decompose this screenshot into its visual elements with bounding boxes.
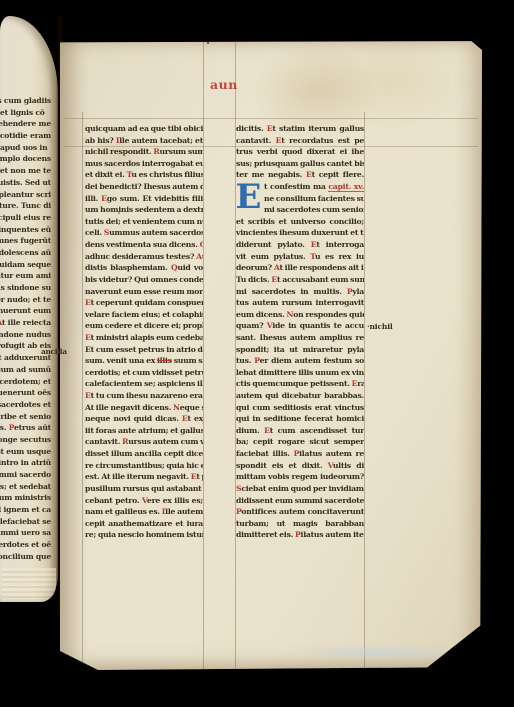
text-segment: omnes fugerūt. xyxy=(0,236,51,245)
text-segment: mi sacerdotes in multis. xyxy=(236,287,347,296)
text-line: adhuc desideramus testes? Au xyxy=(85,251,203,263)
text-segment: bis videtur? Qui omnes condemp xyxy=(85,275,203,284)
text-segment: scribe et senio xyxy=(0,412,51,421)
text-line: cepit anathematizare et iura xyxy=(85,518,203,530)
text-line: cantavit. Rursus autem cum vi xyxy=(85,436,203,448)
text-line: ab his? Ille autem tacebat; et xyxy=(85,135,203,147)
text-segment: illi. xyxy=(85,194,101,203)
text-segment: ad ignem et ca xyxy=(0,505,51,514)
text-segment: conuenerunt oēs xyxy=(0,388,51,397)
text-line: impleantur scri xyxy=(0,189,51,201)
text-line: nuerunt eum. xyxy=(0,305,51,317)
text-line: tus autem rursum interrogavit xyxy=(236,297,364,309)
text-segment: batur eum ami xyxy=(0,271,51,280)
text-segment: cantavit. xyxy=(236,136,276,145)
text-line: concilium que xyxy=(0,551,51,563)
text-segment: celi. xyxy=(85,228,104,237)
ink-speck xyxy=(310,336,312,337)
text-line: sindone nudus xyxy=(0,329,51,341)
text-line: mittam vobis regem iudeorum? xyxy=(236,471,364,483)
text-segment: t statim iterum gallus xyxy=(272,124,364,133)
text-segment: ctis quemcumque petissent. xyxy=(236,379,352,388)
text-column-left: quicquam ad ea que tibi obiciuntab his? … xyxy=(85,123,203,541)
text-segment: didissent eum summi sacerdotes. xyxy=(236,496,364,505)
facing-page-strip: s cum gladiiset lignis cōprehendere me;c… xyxy=(0,16,58,602)
margin-note-nichil: ·nichil xyxy=(367,322,393,331)
text-line: sacerdotem; et xyxy=(0,376,51,388)
text-segment: eum cedere et dicere ei; prophetiza. xyxy=(85,321,203,330)
text-line: mi sacerdotes in multis. Pyla xyxy=(236,286,364,298)
text-line: vit eum pylatus. Tu es rex iu xyxy=(236,251,364,263)
text-line: Sciebat enim quod per invidiam tra xyxy=(236,483,364,495)
text-segment: capit. xv. xyxy=(328,182,364,192)
text-line: pture. Tunc di xyxy=(0,200,51,212)
text-segment: t ille reiecta xyxy=(2,318,51,327)
text-segment: quicquam ad ea que tibi obiciunt xyxy=(85,124,203,133)
text-segment: re circumstantibus; quia hic ex illis xyxy=(85,461,203,470)
text-segment: lle autem tacebat; et xyxy=(119,136,203,145)
text-segment: lebat dimittere illis unum ex vin xyxy=(236,368,364,377)
text-segment: est. At ille iterum negavit. xyxy=(85,472,191,481)
text-segment: deorum? xyxy=(236,263,274,272)
text-line: spondit; ita ut miraretur pyla xyxy=(236,344,364,356)
ruling-line xyxy=(82,112,83,684)
text-line: Et tu cum ihesu nazareno eras. xyxy=(85,390,203,402)
text-segment: rat xyxy=(357,379,364,388)
text-segment: prehendere me; xyxy=(0,119,51,128)
text-segment: res. xyxy=(0,423,9,432)
text-segment: naverunt eum esse reum mortis. xyxy=(85,287,203,296)
text-segment: u es christus filius xyxy=(131,170,203,179)
text-segment: sum. venit una ex xyxy=(85,356,157,365)
text-segment: um hominis sedentem a dextris vir xyxy=(85,205,203,214)
text-segment: ide in quantis te accu xyxy=(272,321,364,330)
text-line: sum. venit una ex illis suum sa xyxy=(85,355,203,367)
text-line: quidam seque xyxy=(0,259,51,271)
text-line: sant. Ihesus autem amplius re xyxy=(236,332,364,344)
text-segment: vincientes ihesum duxerunt et tra xyxy=(236,228,364,237)
text-line: illi. Ego sum. Et videbitis fili xyxy=(85,193,203,205)
text-line: scribe et senio xyxy=(0,411,51,423)
text-segment: Summi uero sa xyxy=(0,528,51,537)
text-line: summi sacerdo xyxy=(0,469,51,481)
text-line: per nudo; et te xyxy=(0,294,51,306)
text-line: didissent eum summi sacerdotes. xyxy=(236,495,364,507)
text-segment: tus autem rursum interrogavit xyxy=(236,298,364,307)
text-segment: cebant petro. xyxy=(85,496,142,505)
text-segment: Q xyxy=(200,240,203,249)
text-segment: ihesum ad sumū xyxy=(0,365,51,374)
text-segment: quam? xyxy=(236,321,267,330)
text-line: turbam; ut magis barabban xyxy=(236,518,364,530)
margin-note-ancilla: ancilla xyxy=(41,347,67,356)
text-segment: yla xyxy=(352,287,364,296)
facing-page-text-column: s cum gladiiset lignis cōprehendere me;c… xyxy=(0,95,51,563)
text-segment: eum dicens. xyxy=(236,310,286,319)
text-line: quicquam ad ea que tibi obiciunt xyxy=(85,123,203,135)
text-line: Pontifices autem concitaverunt xyxy=(236,506,364,518)
text-segment: nuerunt eum. xyxy=(0,306,51,315)
text-line: cerdotis; et cum vidisset petrum xyxy=(85,367,203,379)
text-segment: et non me te xyxy=(0,166,51,175)
text-line: faciebat illis. Pilatus autem re xyxy=(236,448,364,460)
text-segment: cepit anathematizare et iura xyxy=(85,519,203,528)
text-segment: linquentes eū xyxy=(0,225,51,234)
text-line: spondit eis et dixit. Vultis di xyxy=(236,460,364,472)
chapter-initial-letter: E xyxy=(235,179,262,215)
text-line: lefaciebat se. xyxy=(0,516,51,528)
text-line: distis blasphemiam. Quid vo xyxy=(85,262,203,274)
text-line: cotidie eram xyxy=(0,130,51,142)
text-line: ihesum ad sumū xyxy=(0,364,51,376)
text-line: cum ministris xyxy=(0,492,51,504)
text-line: celi. Summus autem sacerdos sci xyxy=(85,227,203,239)
text-segment: nam et galileus es. xyxy=(85,507,162,516)
text-segment: scipuli eius re xyxy=(0,213,51,222)
text-segment: lle autem xyxy=(165,507,203,516)
text-line: tus. Per diem autem festum so xyxy=(236,355,364,367)
ink-speck xyxy=(118,212,120,214)
text-segment: tutis dei; et venientem cum nubibus xyxy=(85,217,203,226)
text-segment: est eum usque xyxy=(0,447,51,456)
text-segment: t confestim ma xyxy=(264,182,328,191)
text-line: dens vestimenta sua dicens. Quid xyxy=(85,239,203,251)
text-line: est. At ille iterum negavit. Et post xyxy=(85,471,203,483)
text-segment: cum ministris xyxy=(0,493,51,502)
text-line: Et ceperunt quidam conspuere eum et xyxy=(85,297,203,309)
text-line: et dixit ei. Tu es christus filius xyxy=(85,169,203,181)
text-segment: t ministri alapis eum cedebant. xyxy=(91,333,203,342)
text-segment: ciebat enim quod per invidiam tra xyxy=(241,484,364,493)
text-segment: summi sacerdo xyxy=(0,470,51,479)
text-segment: dicitis. xyxy=(236,124,267,133)
text-line: conuenerunt oēs xyxy=(0,387,51,399)
text-line: ba; cepit rogare sicut semper xyxy=(236,436,364,448)
text-segment: ummus autem sacerdos sci xyxy=(109,228,203,237)
text-line: eum cedere et dicere ei; prophetiza. xyxy=(85,320,203,332)
text-line: batur eum ami xyxy=(0,270,51,282)
text-line: et lignis cō xyxy=(0,107,51,119)
text-segment: ilatus autem re xyxy=(299,449,364,458)
text-segment: quidam seque xyxy=(0,260,51,269)
text-line: calefacientem se; aspiciens illum ait. xyxy=(85,378,203,390)
text-segment: tis; et sedebat xyxy=(0,482,51,491)
text-segment: t ex xyxy=(187,414,203,423)
text-line: dium. Et cum ascendisset tur xyxy=(236,425,364,437)
text-segment: calefacientem se; aspiciens illum ait. xyxy=(85,379,203,388)
text-line: omnes fugerūt. xyxy=(0,235,51,247)
text-segment: mus sacerdos interrogabat eum; xyxy=(85,159,203,168)
text-segment: mi sacerdotes cum senioribus xyxy=(264,205,364,214)
text-segment: cerdotis; et cum vidisset petrum xyxy=(85,368,203,377)
text-segment: er diem autem festum so xyxy=(260,356,364,365)
text-segment: Tu dicis. xyxy=(236,275,271,284)
text-segment: sindone nudus xyxy=(0,330,51,339)
text-segment: dens vestimenta sua dicens. xyxy=(85,240,200,249)
text-segment: ne consilium facientes su xyxy=(264,194,364,203)
text-segment: et lignis cō xyxy=(0,108,45,117)
text-segment: re; quia nescio hominem istum quem xyxy=(85,530,203,539)
text-line: re; quia nescio hominem istum quem xyxy=(85,529,203,541)
text-line: ctus sindone su xyxy=(0,282,51,294)
text-segment: t accusabant eum sum xyxy=(277,275,364,284)
text-line: linquentes eū xyxy=(0,224,51,236)
text-line: tutis dei; et venientem cum nubibus xyxy=(85,216,203,228)
text-segment: nichil respondit. xyxy=(85,147,153,156)
text-segment: vit eum pylatus. xyxy=(236,252,310,261)
text-line: iit foras ante atrium; et gallus xyxy=(85,425,203,437)
text-segment: dolescens aū xyxy=(0,248,51,257)
text-segment: N xyxy=(173,403,180,412)
text-line: et non me te xyxy=(0,165,51,177)
text-line: re circumstantibus; quia hic ex illis xyxy=(85,460,203,472)
text-line: dimitteret eis. Pilatus autem iterum xyxy=(236,529,364,541)
text-line: lebat dimittere illis unum ex vin xyxy=(236,367,364,379)
text-segment: adhuc desideramus testes? xyxy=(85,252,196,261)
running-header: aun xyxy=(210,77,250,92)
text-line: et scribis et universo concilio; xyxy=(236,216,364,228)
text-segment: sacerdotes et xyxy=(0,400,51,409)
text-line: sus; priusquam gallus cantet bis xyxy=(236,158,364,170)
text-segment: per nudo; et te xyxy=(0,295,51,304)
text-line: nichil respondit. Rursum sum xyxy=(85,146,203,158)
text-line: eum dicens. Non respondes quic xyxy=(236,309,364,321)
text-line: sacerdotes et xyxy=(0,399,51,411)
ruling-line xyxy=(203,42,204,684)
manuscript-photo: s cum gladiiset lignis cōprehendere me;c… xyxy=(0,0,514,707)
text-segment: suum sa xyxy=(172,356,203,365)
text-segment: concilium que xyxy=(0,552,51,561)
text-line: apud uos in xyxy=(0,142,51,154)
ink-speck xyxy=(207,42,209,44)
text-segment: qui in seditione fecerat homici xyxy=(236,414,364,423)
text-segment: cotidie eram xyxy=(0,131,51,140)
text-line: Summi uero sa xyxy=(0,527,51,539)
text-line: ad ignem et ca xyxy=(0,504,51,516)
text-line: intro in atriū xyxy=(0,457,51,469)
text-line: Adolescens aū xyxy=(0,247,51,259)
text-line: nam et galileus es. Ille autem xyxy=(85,506,203,518)
text-line: tis; et sedebat xyxy=(0,481,51,493)
text-segment: cantavit. xyxy=(85,437,122,446)
text-segment: illis xyxy=(157,356,172,365)
text-line: Tu dicis. Et accusabant eum sum xyxy=(236,274,364,286)
text-line: naverunt eum esse reum mortis. xyxy=(85,286,203,298)
text-line: bis videtur? Qui omnes condemp xyxy=(85,274,203,286)
text-segment: ctus sindone su xyxy=(0,283,51,292)
text-segment: sus; priusquam gallus cantet bis xyxy=(236,159,364,168)
text-segment: etrus aūt xyxy=(14,423,51,432)
text-segment: turbam; ut magis barabban xyxy=(236,519,364,528)
text-segment: dimitteret eis. xyxy=(236,530,295,539)
text-segment: u xyxy=(202,252,203,261)
text-line: nuistis. Sed ut xyxy=(0,177,51,189)
text-segment: t recordatus est pe xyxy=(281,136,364,145)
text-segment: s cum gladiis xyxy=(0,96,51,105)
ruling-line xyxy=(64,118,478,119)
text-segment: dei benedicti? Ihesus autem dixit xyxy=(85,182,203,191)
text-line: cerdotes et oē xyxy=(0,539,51,551)
text-segment: faciebat illis. xyxy=(236,449,294,458)
text-segment: eque scio xyxy=(180,403,203,412)
text-line: est eum usque xyxy=(0,446,51,458)
text-line: qui cum seditiosis erat vinctus xyxy=(236,402,364,414)
text-segment: go sum. Et videbitis fili xyxy=(107,194,203,203)
text-segment: iit foras ante atrium; et gallus xyxy=(85,426,203,435)
text-line: dicitis. Et statim iterum gallus xyxy=(236,123,364,135)
text-segment: ere ex illis es; xyxy=(147,496,203,505)
text-segment: velare faciem eius; et colaphis xyxy=(85,310,203,319)
text-line: cebant petro. Vere ex illis es; xyxy=(85,495,203,507)
text-segment: distis blasphemiam. xyxy=(85,263,171,272)
text-segment: spondit; ita ut miraretur pyla xyxy=(236,345,364,354)
text-line: disset illum ancilla cepit dice xyxy=(85,448,203,460)
text-line: templo docens xyxy=(0,153,51,165)
text-line: diderunt pylato. Et interroga xyxy=(236,239,364,251)
text-line: s cum gladiis xyxy=(0,95,51,107)
text-segment: templo docens xyxy=(0,154,51,163)
text-segment: mittam vobis regem iudeorum? xyxy=(236,472,364,481)
text-line: quam? Vide in quantis te accu xyxy=(236,320,364,332)
text-segment: on respondes quic xyxy=(293,310,364,319)
text-segment: qui cum seditiosis erat vinctus xyxy=(236,403,364,412)
text-segment: nuistis. Sed ut xyxy=(0,178,51,187)
text-segment: dium. xyxy=(236,426,264,435)
text-line: pusillum rursus qui astabant di xyxy=(85,483,203,495)
manuscript-page: aun quicquam ad ea que tibi obiciuntab h… xyxy=(60,36,482,670)
text-line: res. Petrus aūt xyxy=(0,422,51,434)
text-line: deorum? At ille respondens ait illi. xyxy=(236,262,364,274)
text-segment: lefaciebat se. xyxy=(0,517,51,526)
text-segment: sant. Ihesus autem amplius re xyxy=(236,333,364,342)
text-segment: ursum sum xyxy=(160,147,204,156)
text-segment: uid vo xyxy=(177,263,203,272)
text-segment: t tu cum ihesu nazareno eras. xyxy=(91,391,203,400)
text-segment: tus. xyxy=(236,356,254,365)
text-line: At ille negavit dicens. Neque scio xyxy=(85,402,203,414)
text-line: dei benedicti? Ihesus autem dixit xyxy=(85,181,203,193)
text-segment: neque novi quid dicas. xyxy=(85,414,182,423)
text-segment: Et cum esset petrus in atrio deor xyxy=(85,345,203,354)
text-segment: ilatus autem iterum xyxy=(301,530,364,539)
text-line: velare faciem eius; et colaphis xyxy=(85,309,203,321)
text-line: mus sacerdos interrogabat eum; xyxy=(85,158,203,170)
text-segment: u es rex iu xyxy=(315,252,364,261)
text-line: ctis quemcumque petissent. Erat xyxy=(236,378,364,390)
text-line: um hominis sedentem a dextris vir xyxy=(85,204,203,216)
text-line: Et cum esset petrus in atrio deor xyxy=(85,344,203,356)
text-line: prehendere me; xyxy=(0,118,51,130)
text-segment: apud uos in xyxy=(0,143,47,152)
text-segment: ab his? xyxy=(85,136,116,145)
text-segment: diderunt pylato. xyxy=(236,240,311,249)
text-segment: t cepit flere. xyxy=(312,170,364,179)
text-segment: t cum ascendisset tur xyxy=(270,426,364,435)
text-segment: t ille respondens ait illi. xyxy=(279,263,364,272)
text-line: qui in seditione fecerat homici xyxy=(236,413,364,425)
text-segment: impleantur scri xyxy=(0,190,51,199)
text-line: scipuli eius re xyxy=(0,212,51,224)
text-segment: a longe secutus xyxy=(0,435,51,444)
text-segment: spondit eis et dixit. xyxy=(236,461,328,470)
text-line: vincientes ihesum duxerunt et tra xyxy=(236,227,364,239)
text-segment: t interroga xyxy=(316,240,364,249)
text-segment: ba; cepit rogare sicut semper xyxy=(236,437,364,446)
text-segment: At ille negavit dicens. xyxy=(85,403,173,412)
text-segment: sacerdotem; et xyxy=(0,377,51,386)
text-line: At ille reiecta xyxy=(0,317,51,329)
text-segment: et dixit ei. xyxy=(85,170,127,179)
text-line: autem qui dicebatur barabbas. xyxy=(236,390,364,402)
text-segment: trus verbi quod dixerat ei ihe xyxy=(236,147,364,156)
text-segment: pture. Tunc di xyxy=(0,201,51,210)
text-segment: ontifices autem concitaverunt xyxy=(241,507,364,516)
text-segment: cerdotes et oē xyxy=(0,540,51,549)
text-segment: ultis di xyxy=(333,461,364,470)
text-segment: intro in atriū xyxy=(0,458,51,467)
text-segment: disset illum ancilla cepit dice xyxy=(85,449,203,458)
fold-highlight xyxy=(298,646,484,659)
text-line: Et ministri alapis eum cedebant. xyxy=(85,332,203,344)
text-segment: autem qui dicebatur barabbas. xyxy=(236,391,364,400)
text-line: cantavit. Et recordatus est pe xyxy=(236,135,364,147)
text-line: a longe secutus xyxy=(0,434,51,446)
text-segment: t ceperunt quidam conspuere eum et xyxy=(91,298,203,307)
text-segment: et scribis et universo concilio; xyxy=(236,217,364,226)
ruling-line xyxy=(364,112,365,684)
page-edges xyxy=(2,568,56,602)
text-segment: ursus autem cum vi xyxy=(128,437,203,446)
text-segment: pusillum rursus qui astabant di xyxy=(85,484,203,493)
text-segment: t post xyxy=(196,472,203,481)
text-line: neque novi quid dicas. Et ex xyxy=(85,413,203,425)
text-line: trus verbi quod dixerat ei ihe xyxy=(236,146,364,158)
